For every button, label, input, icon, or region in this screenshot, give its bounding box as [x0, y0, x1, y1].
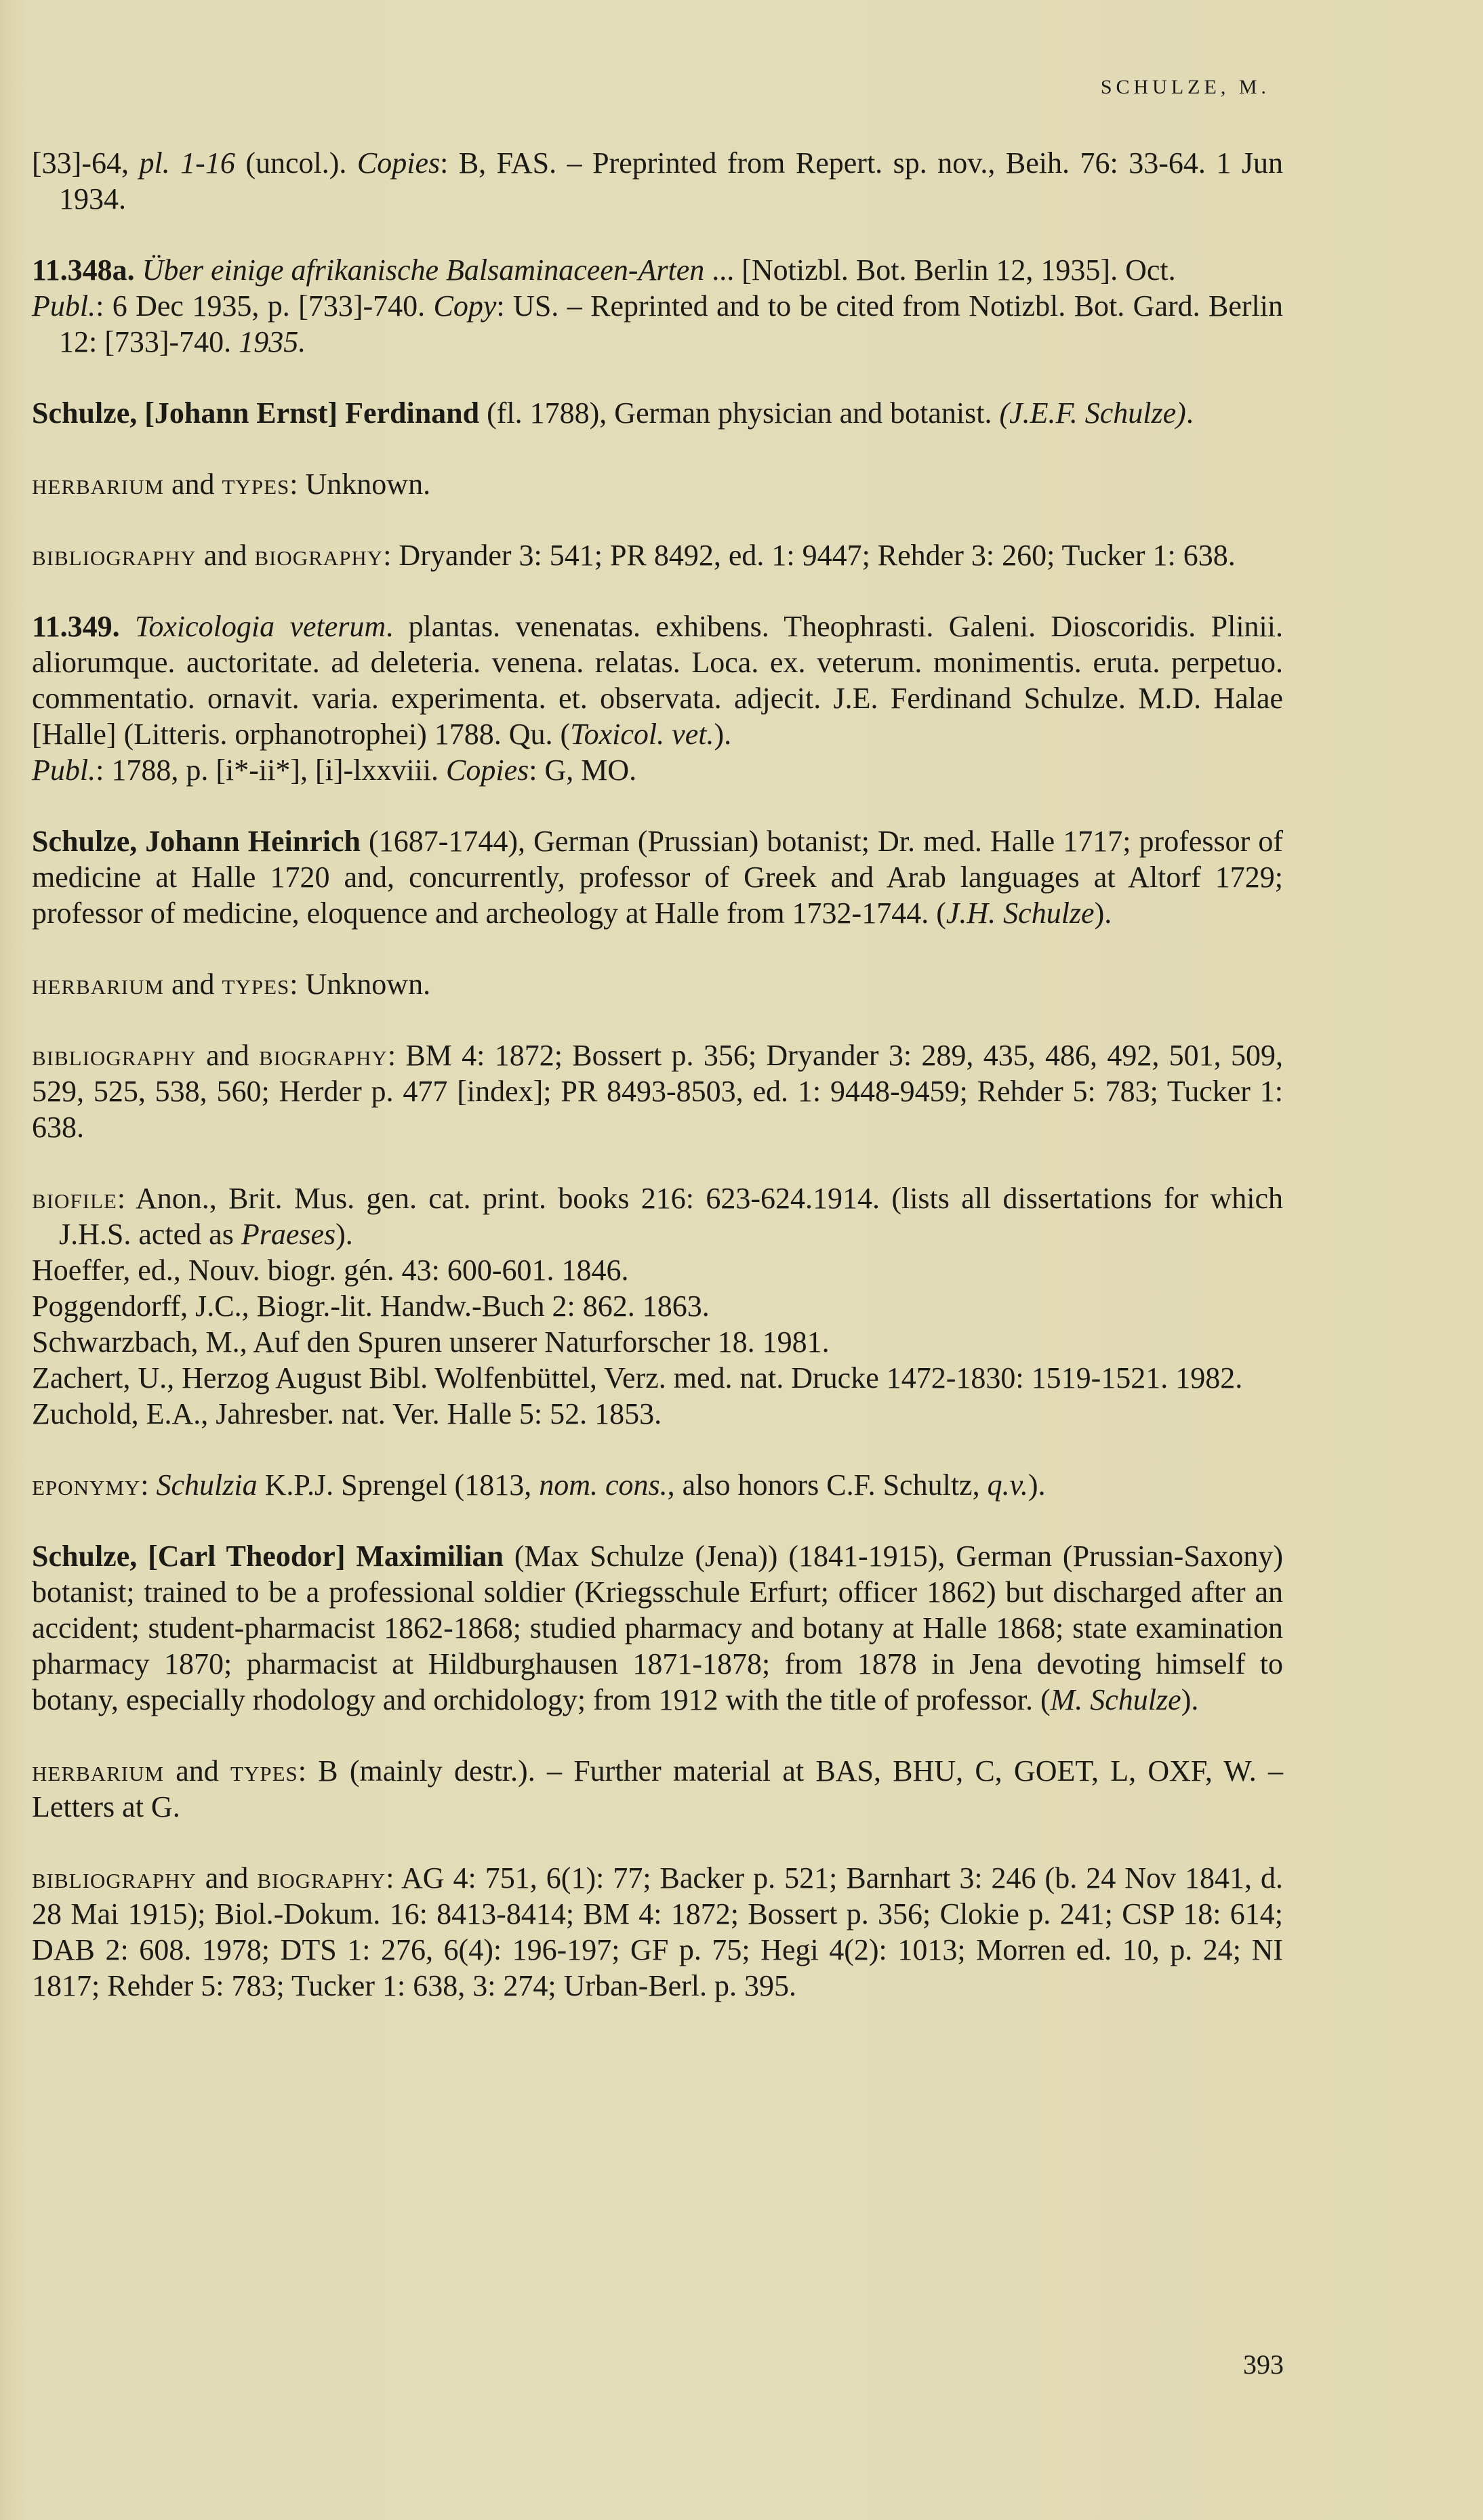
connector: and	[197, 1039, 259, 1072]
section-value: : Unknown.	[289, 468, 430, 501]
entry-11-348-continuation: [33]-64, pl. 1-16 (uncol.). Copies: B, F…	[32, 145, 1283, 217]
biofile-item: Schwarzbach, M., Auf den Spuren unserer …	[32, 1324, 1283, 1360]
publ-text: : 6 Dec 1935, p. [733]-740.	[96, 289, 433, 323]
entry-title: Über einige afrikanische Balsaminaceen-A…	[142, 253, 705, 287]
quod-vide: q.v.	[988, 1468, 1028, 1502]
punctuation: ).	[1181, 1683, 1199, 1716]
section-label: herbarium	[32, 468, 164, 501]
entry-11-348a: 11.348a. Über einige afrikanische Balsam…	[32, 252, 1283, 288]
plates-text: pl. 1-16	[139, 146, 235, 180]
section-label: types	[222, 968, 290, 1001]
entry-abbrev: Toxicol. vet.	[570, 718, 714, 751]
section-label: biography	[254, 539, 383, 572]
biofile-johann-heinrich: biofile: Anon., Brit. Mus. gen. cat. pri…	[32, 1180, 1283, 1432]
bibliography-johann-heinrich: bibliography and biography: BM 4: 1872; …	[32, 1037, 1283, 1145]
herbarium-types-maximilian: herbarium and types: B (mainly destr.). …	[32, 1753, 1283, 1825]
section-label: types	[230, 1754, 298, 1788]
entry-number: 11.348a.	[32, 253, 135, 287]
author-abbrev: (J.E.F. Schulze)	[1000, 396, 1186, 430]
herbarium-types-ferdinand: herbarium and types: Unknown.	[32, 466, 1283, 502]
pages-text: [33]-64,	[32, 146, 139, 180]
author-name: Schulze, [Carl Theodor] Maximilian	[32, 1540, 504, 1573]
section-label: biography	[257, 1861, 386, 1895]
punctuation: ).	[336, 1218, 353, 1251]
connector: and	[197, 1861, 258, 1895]
copies-text: : G, MO.	[529, 753, 636, 787]
author-heading-johann-heinrich: Schulze, Johann Heinrich (1687-1744), Ge…	[32, 823, 1283, 931]
connector: and	[197, 539, 255, 572]
punctuation: .	[1186, 396, 1194, 430]
section-label: biography	[259, 1039, 388, 1072]
eponymy-johann-heinrich: eponymy: Schulzia K.P.J. Sprengel (1813,…	[32, 1467, 1283, 1503]
page-number: 393	[1243, 2349, 1284, 2380]
entry-11-349: 11.349. Toxicologia veterum. plantas. ve…	[32, 608, 1283, 752]
author-abbrev: M. Schulze	[1051, 1683, 1181, 1716]
connector: and	[164, 968, 222, 1001]
eponymy-text: K.P.J. Sprengel (1813,	[258, 1468, 540, 1502]
entry-number: 11.349.	[32, 610, 120, 643]
copies-label: Copies	[446, 753, 529, 787]
herbarium-types-johann-heinrich: herbarium and types: Unknown.	[32, 966, 1283, 1002]
section-value: : Unknown.	[289, 968, 430, 1001]
entry-11-348a-publ: Publ.: 6 Dec 1935, p. [733]-740. Copy: U…	[32, 288, 1283, 360]
running-head: SCHULZE, M.	[1101, 76, 1270, 99]
biofile-item: Hoeffer, ed., Nouv. biogr. gén. 43: 600-…	[32, 1252, 1283, 1288]
publ-label: Publ.	[32, 289, 96, 323]
section-label: types	[222, 468, 290, 501]
copies-label: Copies	[357, 146, 440, 180]
punctuation: ).	[714, 718, 731, 751]
bibliography-ferdinand: bibliography and biography: Dryander 3: …	[32, 537, 1283, 573]
section-label: herbarium	[32, 968, 164, 1001]
biofile-item: Zuchold, E.A., Jahresber. nat. Ver. Hall…	[32, 1396, 1283, 1432]
section-label: bibliography	[32, 539, 197, 572]
section-label: bibliography	[32, 1861, 197, 1895]
author-name: Schulze, [Johann Ernst] Ferdinand	[32, 396, 479, 430]
author-abbrev: J.H. Schulze	[946, 896, 1095, 930]
entry-source: ... [Notizbl. Bot. Berlin 12, 1935]. Oct…	[704, 253, 1175, 287]
publ-label: Publ.	[32, 753, 96, 787]
section-label: biofile	[32, 1182, 117, 1215]
author-bio: (fl. 1788), German physician and botanis…	[479, 396, 999, 430]
biofile-item: biofile: Anon., Brit. Mus. gen. cat. pri…	[32, 1180, 1283, 1252]
section-label: herbarium	[32, 1754, 164, 1788]
publ-text: : 1788, p. [i*-ii*], [i]-lxxviii.	[96, 753, 446, 787]
author-heading-maximilian: Schulze, [Carl Theodor] Maximilian (Max …	[32, 1538, 1283, 1718]
section-label: bibliography	[32, 1039, 197, 1072]
eponym-genus: Schulzia	[157, 1468, 258, 1502]
copy-label: Copy	[434, 289, 497, 323]
bibliography-maximilian: bibliography and biography: AG 4: 751, 6…	[32, 1860, 1283, 2004]
author-name: Schulze, Johann Heinrich	[32, 825, 361, 858]
entry-11-349-publ: Publ.: 1788, p. [i*-ii*], [i]-lxxviii. C…	[32, 752, 1283, 788]
biofile-italic: Praeses	[241, 1218, 336, 1251]
eponymy-text: , also honors C.F. Schultz,	[668, 1468, 988, 1502]
connector: and	[164, 1754, 230, 1788]
punctuation: ).	[1095, 896, 1112, 930]
connector: and	[164, 468, 222, 501]
entry-title: Toxicologia veterum	[135, 610, 386, 643]
uncol-text: (uncol.).	[235, 146, 357, 180]
page-body: [33]-64, pl. 1-16 (uncol.). Copies: B, F…	[32, 145, 1283, 2004]
punctuation: ).	[1028, 1468, 1046, 1502]
copy-year: 1935.	[239, 325, 306, 358]
author-heading-ferdinand: Schulze, [Johann Ernst] Ferdinand (fl. 1…	[32, 395, 1283, 431]
biofile-item: Poggendorff, J.C., Biogr.-lit. Handw.-Bu…	[32, 1288, 1283, 1324]
nom-cons: nom. cons.	[539, 1468, 667, 1502]
section-label: eponymy	[32, 1468, 140, 1502]
section-value: : Dryander 3: 541; PR 8492, ed. 1: 9447;…	[383, 539, 1236, 572]
biofile-item: Zachert, U., Herzog August Bibl. Wolfenb…	[32, 1360, 1283, 1396]
